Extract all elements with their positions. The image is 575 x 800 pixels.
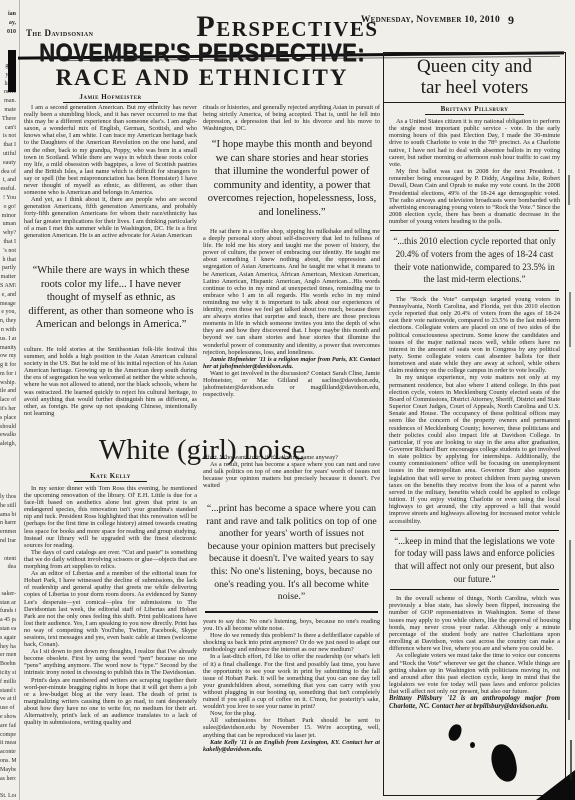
paragraph	[0, 449, 16, 458]
article1-col2-body: He sat there in a coffee shop, sipping h…	[203, 228, 380, 356]
article3-col2-intro: effort. Who wants to try if it's a losin…	[203, 454, 380, 489]
paragraph: are failin	[0, 722, 16, 731]
paragraph: There	[0, 115, 16, 124]
article1-col2-top: rituals or histories, and generally reje…	[203, 104, 380, 132]
paragraph: stan and	[0, 599, 16, 608]
paragraph: culture. He told stories at the Smithson…	[24, 346, 197, 417]
paragraph: e you,	[0, 308, 16, 317]
paragraph: ow my	[0, 352, 16, 361]
paragraph	[0, 572, 16, 581]
paragraph: that I	[0, 141, 16, 150]
paragraph: As a United States citizen it is my nati…	[389, 118, 560, 168]
paragraph: In a last-ditch effort, I'd like to offe…	[203, 653, 380, 710]
paragraph: eauty	[0, 159, 16, 168]
paragraph: m for it.	[0, 370, 16, 379]
paragraph: minor	[0, 212, 16, 221]
paragraph: g it for	[0, 361, 16, 370]
article2-pullquote-2: “...keep in mind that the legislations w…	[390, 530, 559, 590]
paragraph	[0, 467, 16, 476]
paragraph: 010	[0, 28, 16, 37]
paragraph: partly	[0, 264, 16, 273]
scan-artifact-bar	[8, 50, 16, 92]
paragraph	[0, 581, 16, 590]
edge-fragment-top: ianay,010	[0, 10, 19, 36]
paragraph: aconteu	[0, 748, 16, 757]
issue-date: Wednesday, November 10, 2010	[320, 15, 500, 25]
paragraph: As an editor of Libertas and a member of…	[24, 570, 197, 648]
paragraph: And yet, as I think about it, there are …	[24, 196, 197, 239]
paragraph: wship.	[0, 379, 16, 388]
paragraph: ay,	[0, 19, 16, 28]
paragraph: us. I am	[0, 335, 16, 344]
paragraph: er mention	[0, 651, 16, 660]
paragraph: stan each	[0, 625, 16, 634]
article1-pullquote-right: “I hope maybe this month and beyond we c…	[207, 138, 377, 219]
paragraph: t, and	[0, 176, 16, 185]
paragraph: Now, for the plug.	[203, 710, 380, 717]
paragraph: As I sit down to pen down my thoughts, I…	[24, 648, 197, 676]
paragraph: aleigh,	[0, 440, 16, 449]
article2-byline: Brittany Pillsbury	[384, 105, 565, 115]
paragraph: ian	[0, 10, 16, 19]
paragraph: All submissions for Hobart Park should b…	[203, 717, 380, 738]
paragraph: ons. Mayb	[0, 757, 16, 766]
paragraph: that I	[0, 238, 16, 247]
paragraph: I am a second generation American. But m…	[24, 104, 197, 196]
article2-pullquote-1: “...this 2010 election cycle reported th…	[390, 230, 559, 290]
scan-edge-mark	[569, 292, 571, 347]
article2-box: Queen city and tar heel voters Brittany …	[383, 52, 566, 796]
paragraph: meager	[0, 300, 16, 309]
article2-byline-text: Brittany Pillsbury	[425, 105, 525, 115]
paragraph: nd Iran?	[0, 537, 16, 546]
scan-edge-mark	[569, 540, 571, 630]
article3-byline-text: Kate Kelly	[74, 472, 147, 482]
article2-body: As a United States citizen it is my nati…	[384, 115, 565, 710]
paragraph: n harm's	[0, 519, 16, 528]
edge-fragment-column: giony nolievenericman.mateTherecan'tis n…	[0, 62, 19, 800]
paragraph: stand tha	[0, 687, 16, 696]
paragraph: How do we remedy this problem? Is there …	[203, 632, 380, 653]
paragraph: mate	[0, 106, 16, 115]
paragraph: ly those	[0, 493, 16, 502]
article1-byline: Jamie Hofmeister	[24, 93, 197, 103]
paragraph: is not	[0, 132, 16, 141]
article1-pullquote-left: “While there are ways in which these roo…	[28, 264, 194, 332]
article3-byline: Kate Kelly	[24, 472, 197, 482]
newspaper-scan-page: { "page": { "colors": { "ink": "#1b1b1b"…	[0, 0, 575, 800]
paragraph: He sat there in a coffee shop, sipping h…	[203, 228, 380, 356]
paragraph: n with	[0, 326, 16, 335]
paragraph: In my unique experience, my vote matters…	[389, 374, 560, 524]
paragraph: The days of card catalogs are over. “Cut…	[24, 549, 197, 570]
paragraph: should	[0, 423, 16, 432]
paragraph: s against	[0, 634, 16, 643]
paragraph: St. Loui	[0, 792, 16, 800]
article2-paras1: As a United States citizen it is my nati…	[389, 118, 560, 225]
paragraph: can't	[0, 124, 16, 133]
article3-pullquote: “...print has become a space where you c…	[205, 503, 378, 613]
paragraph	[0, 475, 16, 484]
paragraph	[0, 458, 16, 467]
paragraph: ! You	[0, 194, 16, 203]
paragraph: s place	[0, 414, 16, 423]
paragraph: ile and	[0, 387, 16, 396]
paragraph: he still	[0, 502, 16, 511]
paragraph: essful.	[0, 185, 16, 194]
paragraph: As collegiate voters we must take the ti…	[389, 652, 560, 695]
paragraph: hey have	[0, 643, 16, 652]
article3-col1: In my senior dinner with Tom Ross this e…	[24, 485, 197, 795]
ink-smudge	[470, 742, 475, 748]
article1-col2-bottom: He sat there in a coffee shop, sipping h…	[203, 228, 380, 442]
article2-author-credit: Brittany Pillsbury '12 is an anthropolog…	[389, 695, 560, 710]
paragraph: S AM?	[0, 282, 16, 291]
paragraph: ewalks.	[0, 431, 16, 440]
paragraph: My first ballot was cast in 2008 for the…	[389, 168, 560, 225]
paragraph: 's not	[0, 247, 16, 256]
article1-title: RACE AND ETHNICITY	[24, 66, 380, 89]
paragraph: dea	[0, 563, 16, 572]
article1-byline-text: Jamie Hofmeister	[63, 93, 157, 103]
paragraph: icity stum	[0, 669, 16, 678]
paragraph: why?	[0, 229, 16, 238]
article2-title-line2: tar heel voters	[384, 77, 565, 98]
paragraph: a 45 page	[0, 616, 16, 625]
article1-kicker: NOVEMBER'S PERSPECTIVE:	[24, 40, 380, 65]
paragraph: it mean	[0, 739, 16, 748]
scan-edge-mark	[568, 420, 570, 490]
paragraph: utiful	[0, 150, 16, 159]
article3-author-credit: Kate Kelly '11 is an English from Lexing…	[203, 739, 380, 753]
paragraph: The “Rock the Vote” campaign targeted yo…	[389, 296, 560, 375]
paragraph: In the overall scheme of things, North C…	[389, 595, 560, 652]
page-number: 9	[508, 13, 514, 28]
paragraph: competen	[0, 731, 16, 740]
paragraph: Boehne	[0, 660, 16, 669]
paragraph: ve at th	[0, 695, 16, 704]
paragraph: As a result, print has become a space wh…	[203, 461, 380, 489]
paragraph: ama bin	[0, 511, 16, 520]
paragraph: Maybe o	[0, 766, 16, 775]
adjacent-page-edge: ianay,010 giony nolievenericman.mateTher…	[0, 0, 20, 800]
paragraph: h that	[0, 256, 16, 265]
scan-edge-mark	[570, 740, 572, 780]
paragraph: as hero	[0, 775, 16, 784]
article2-paras2: The “Rock the Vote” campaign targeted yo…	[389, 296, 560, 525]
paragraph: years to say this: No one's listening, b…	[203, 618, 380, 632]
paragraph: uman	[0, 220, 16, 229]
paragraph: f million	[0, 678, 16, 687]
paragraph: manity	[0, 344, 16, 353]
paragraph: o go!	[0, 203, 16, 212]
paragraph: dea of	[0, 168, 16, 177]
paragraph: it's her	[0, 405, 16, 414]
paragraph: In my senior dinner with Tom Ross this e…	[24, 485, 197, 549]
paragraph: matter	[0, 273, 16, 282]
paragraph	[0, 546, 16, 555]
paragraph: man.	[0, 97, 16, 106]
paragraph	[0, 783, 16, 792]
scan-edge-mark	[568, 660, 570, 720]
article1-author-credit: Jamie Hofmeister '11 is a religion major…	[203, 356, 380, 370]
paragraph: otent	[0, 555, 16, 564]
article1-col1-top: I am a second generation American. But m…	[24, 104, 197, 260]
article2-title: Queen city and tar heel voters	[384, 53, 565, 103]
article2-title-line1: Queen city and	[384, 56, 565, 77]
paragraph: saker-	[0, 590, 16, 599]
paragraph: Print's days are numbered and writers ar…	[24, 677, 197, 727]
paragraph: e, and	[0, 291, 16, 300]
paragraph: ernment	[0, 528, 16, 537]
paragraph: funds to	[0, 607, 16, 616]
paragraph: n, they	[0, 317, 16, 326]
paragraph: use of th	[0, 704, 16, 713]
masthead: The Davidsonian	[26, 28, 93, 38]
paragraph	[0, 484, 16, 493]
article3-col2-body: years to say this: No one's listening, b…	[203, 618, 380, 739]
scan-edge-mark	[568, 175, 570, 205]
paragraph: e show i	[0, 713, 16, 722]
article2-paras3: In the overall scheme of things, North C…	[389, 595, 560, 695]
article1-outro: Want to get involved in the discussion? …	[203, 370, 380, 398]
article3-col2-bottom: years to say this: No one's listening, b…	[203, 618, 380, 794]
paragraph: effort. Who wants to try if it's a losin…	[203, 454, 380, 461]
paragraph: lace of	[0, 396, 16, 405]
article1-col1-bottom: culture. He told stories at the Smithson…	[24, 346, 197, 430]
paragraph: rituals or histories, and generally reje…	[203, 104, 380, 132]
